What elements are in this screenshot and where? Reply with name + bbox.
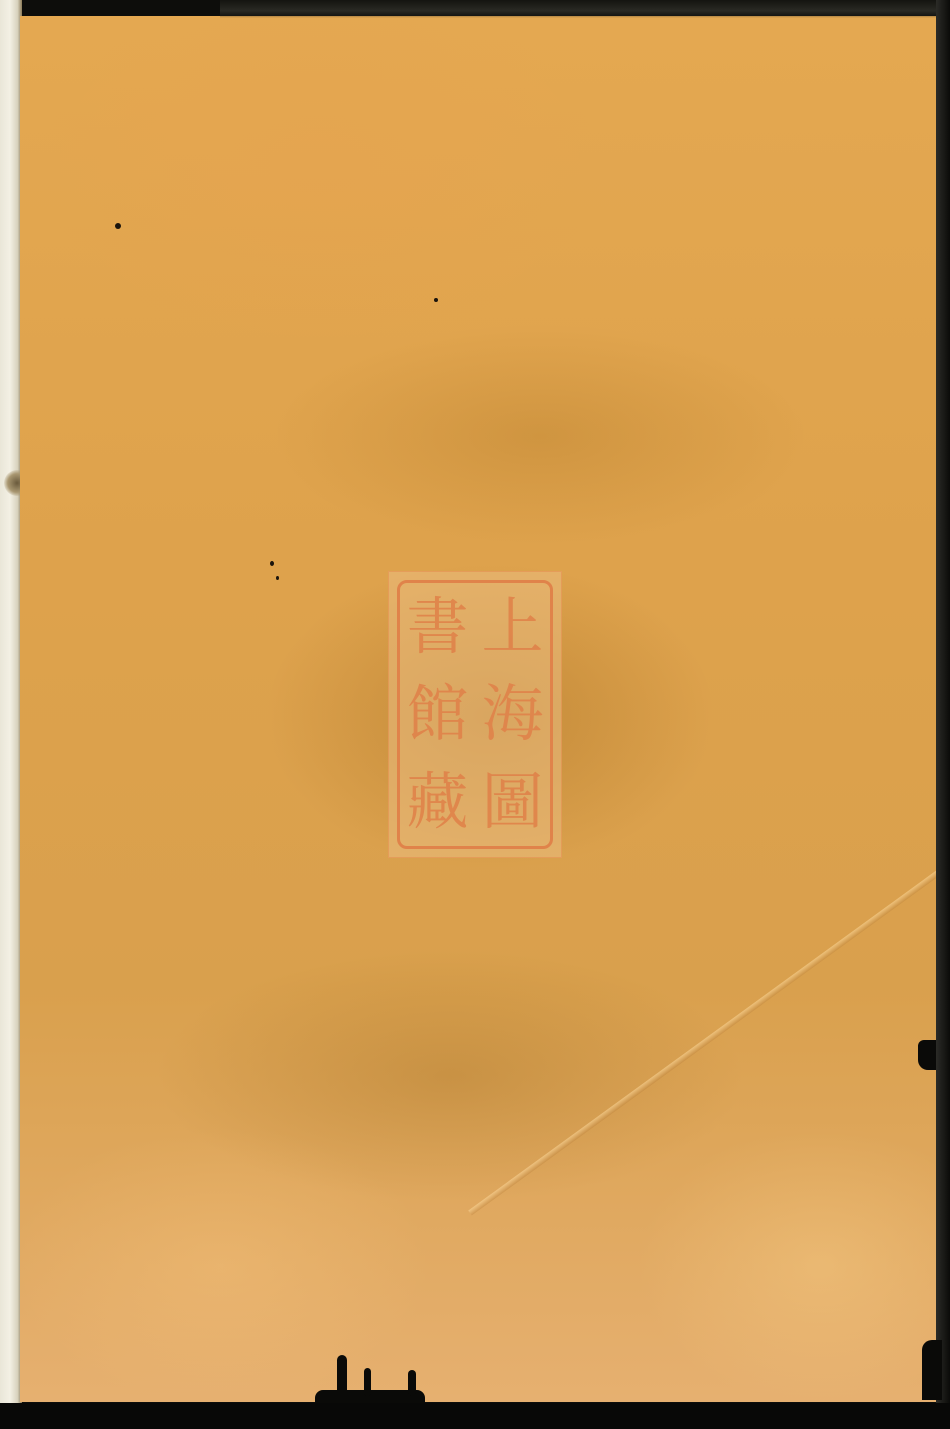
seal-border: 上 海 圖 書 館 藏 <box>397 580 553 849</box>
seal-character: 上 <box>481 596 543 658</box>
ink-spot <box>434 298 438 302</box>
torn-edge <box>922 1340 942 1400</box>
torn-edge <box>364 1368 371 1396</box>
seal-character: 圖 <box>481 771 543 833</box>
seal-column-right: 上 海 圖 <box>475 583 550 846</box>
seal-character: 海 <box>481 683 543 745</box>
ink-spot <box>276 576 279 580</box>
book-spine-binding <box>0 0 22 1429</box>
seal-column-left: 書 館 藏 <box>400 583 475 846</box>
ink-spot <box>270 561 274 566</box>
top-edge-shadow <box>220 0 940 18</box>
seal-character: 藏 <box>406 771 468 833</box>
right-edge-shadow <box>936 0 950 1429</box>
torn-edge <box>918 1040 936 1070</box>
bottom-edge-shadow <box>0 1403 950 1429</box>
library-collection-seal: 上 海 圖 書 館 藏 <box>388 571 562 858</box>
torn-edge <box>408 1370 416 1396</box>
ink-spot <box>115 223 121 229</box>
seal-character: 書 <box>406 596 468 658</box>
seal-character: 館 <box>406 683 468 745</box>
